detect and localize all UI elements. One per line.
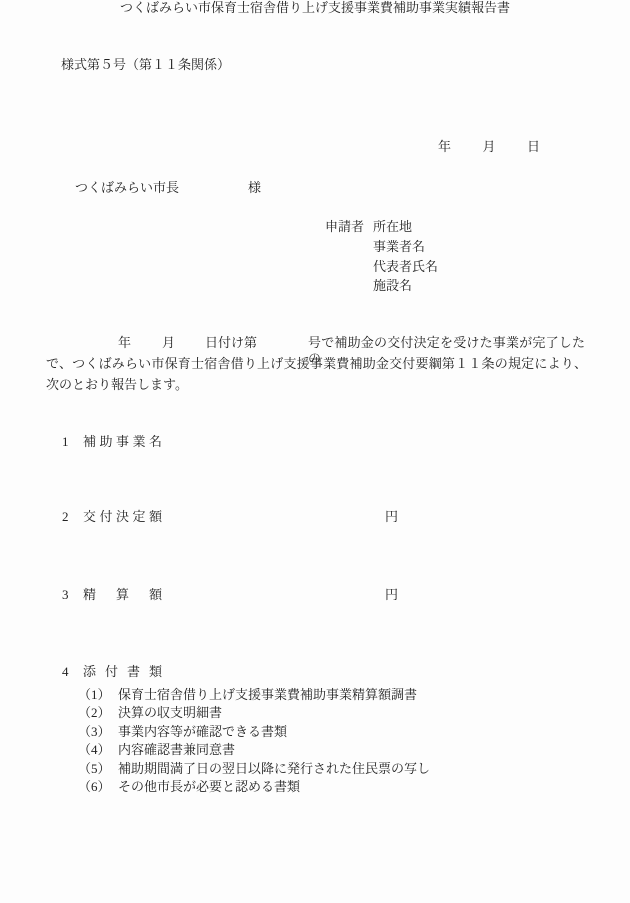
item2-label: 交付決定額	[83, 509, 162, 525]
item2-unit-yen: 円	[385, 509, 398, 525]
attachment-6-text: その他市長が必要と認める書類	[118, 779, 300, 795]
attachment-4-text: 内容確認書兼同意書	[118, 742, 235, 758]
document-title: つくばみらい市保育士宿舎借り上げ支援事業費補助事業実績報告書	[0, 0, 630, 16]
item1-label: 補助事業名	[83, 434, 162, 450]
attachment-2-text: 決算の収支明細書	[118, 705, 222, 721]
date-day-label: 日	[527, 139, 540, 155]
body-line3: 次のとおり報告します。	[46, 377, 188, 393]
attachment-1-number: （1）	[78, 687, 111, 703]
addressee-name: つくばみらい市長	[75, 180, 179, 196]
item1-number: 1	[62, 434, 69, 450]
date-year-label: 年	[438, 139, 451, 155]
applicant-field-business-name: 事業者名	[373, 239, 425, 255]
attachment-6-number: （6）	[78, 779, 111, 795]
attachment-3-number: （3）	[78, 724, 111, 740]
attachment-4-number: （4）	[78, 742, 111, 758]
applicant-field-facility-name: 施設名	[373, 278, 412, 294]
item3-label: 精算額	[83, 587, 162, 603]
item3-unit-yen: 円	[385, 587, 398, 603]
applicant-field-address: 所在地	[373, 219, 412, 235]
item3-number: 3	[62, 587, 69, 603]
addressee-honorific: 様	[248, 180, 261, 196]
date-line: 年 月 日	[438, 139, 540, 155]
attachment-5-number: （5）	[78, 761, 111, 777]
attachment-3-text: 事業内容等が確認できる書類	[118, 724, 287, 740]
document-page: 様式第５号（第１１条関係） つくばみらい市保育士宿舎借り上げ支援事業費補助事業実…	[0, 0, 630, 903]
attachment-1-text: 保育士宿舎借り上げ支援事業費補助事業精算額調書	[118, 687, 417, 703]
attachment-2-number: （2）	[78, 705, 111, 721]
form-number: 様式第５号（第１１条関係）	[61, 57, 230, 73]
date-month-label: 月	[482, 139, 495, 155]
item2-number: 2	[62, 509, 69, 525]
applicant-field-representative-name: 代表者氏名	[373, 259, 438, 275]
body-line2: で、つくばみらい市保育士宿舎借り上げ支援事業費補助金交付要綱第１１条の規定により…	[46, 356, 587, 372]
item4-label: 添付書類	[83, 664, 162, 680]
body-line1-month: 月	[162, 335, 175, 351]
applicant-label: 申請者	[325, 219, 364, 235]
item4-number: 4	[62, 664, 69, 680]
body-line1-year: 年	[118, 335, 131, 351]
body-line1-date-suffix: 日付け第	[205, 335, 257, 351]
attachment-5-text: 補助期間満了日の翌日以降に発行された住民票の写し	[118, 761, 430, 777]
